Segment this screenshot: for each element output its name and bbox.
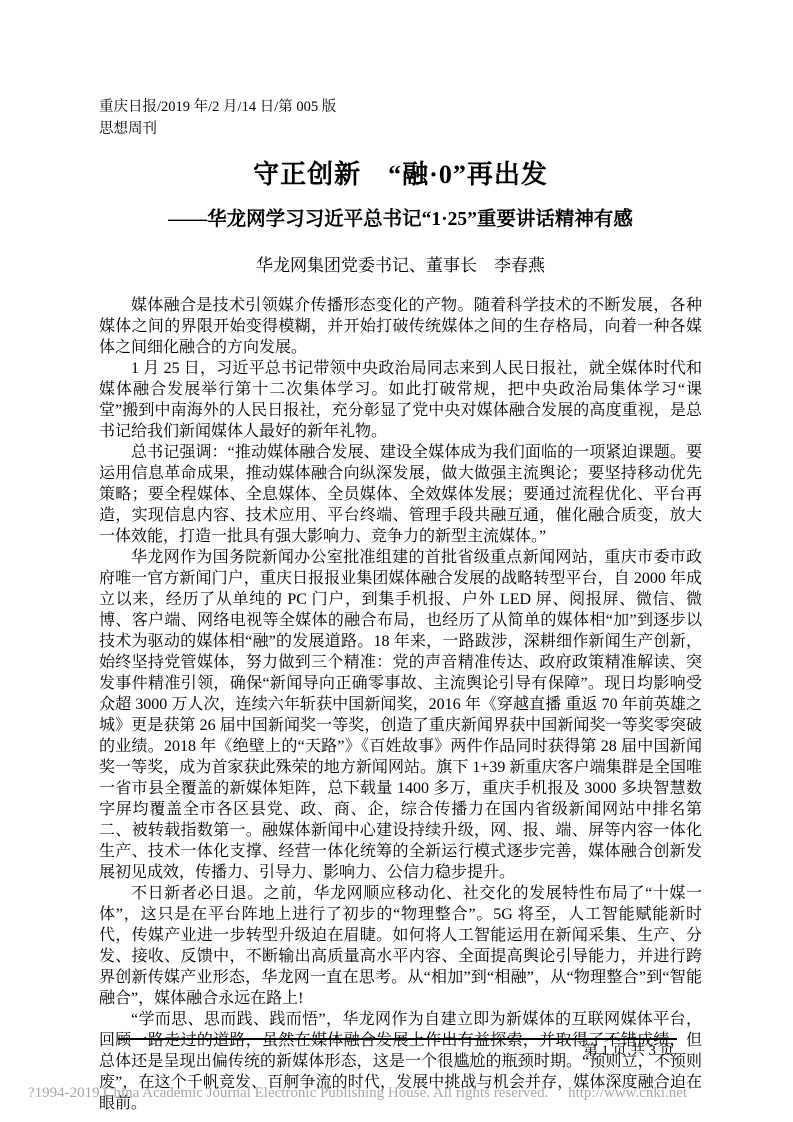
article-byline: 华龙网集团党委书记、董事长 李春燕 bbox=[99, 255, 702, 277]
article-content: 重庆日报/2019 年/2 月/14 日/第 005 版 思想周刊 守正创新 “… bbox=[99, 96, 702, 1114]
article-paragraph: 不日新者必日退。之前，华龙网顺应移动化、社交化的发展特性布局了“十媒一体”，这只… bbox=[99, 883, 702, 1009]
article-subtitle: ——华龙网学习习近平总书记“1·25”重要讲话精神有感 bbox=[99, 207, 702, 233]
article-body: 媒体融合是技术引领媒介传播形态变化的产物。随着科学技术的不断发展，各种媒体之间的… bbox=[99, 295, 702, 1114]
section-name: 思想周刊 bbox=[99, 118, 702, 140]
article-paragraph: 总书记强调：“推动媒体融合发展、建设全媒体成为我们面临的一项紧迫课题。要运用信息… bbox=[99, 442, 702, 547]
article-paragraph: 1 月 25 日，习近平总书记带领中央政治局同志来到人民日报社，就全媒体时代和媒… bbox=[99, 358, 702, 442]
article-title: 守正创新 “融·0”再出发 bbox=[99, 158, 702, 192]
copyright-bar: ?1994-2019 China Academic Journal Electr… bbox=[28, 1083, 768, 1103]
page-indicator: 第 1 页 共 3 页 bbox=[118, 1042, 674, 1060]
copyright-url: http://www.cnki.net bbox=[568, 1085, 687, 1101]
document-page: 重庆日报/2019 年/2 月/14 日/第 005 版 思想周刊 守正创新 “… bbox=[0, 0, 793, 1122]
article-paragraph: 媒体融合是技术引领媒介传播形态变化的产物。随着科学技术的不断发展，各种媒体之间的… bbox=[99, 295, 702, 358]
copyright-text: ?1994-2019 China Academic Journal Electr… bbox=[28, 1085, 548, 1101]
source-line: 重庆日报/2019 年/2 月/14 日/第 005 版 bbox=[99, 96, 702, 118]
footer-divider bbox=[118, 1038, 677, 1040]
article-paragraph: 华龙网作为国务院新闻办公室批准组建的首批省级重点新闻网站，重庆市委市政府唯一官方… bbox=[99, 547, 702, 883]
